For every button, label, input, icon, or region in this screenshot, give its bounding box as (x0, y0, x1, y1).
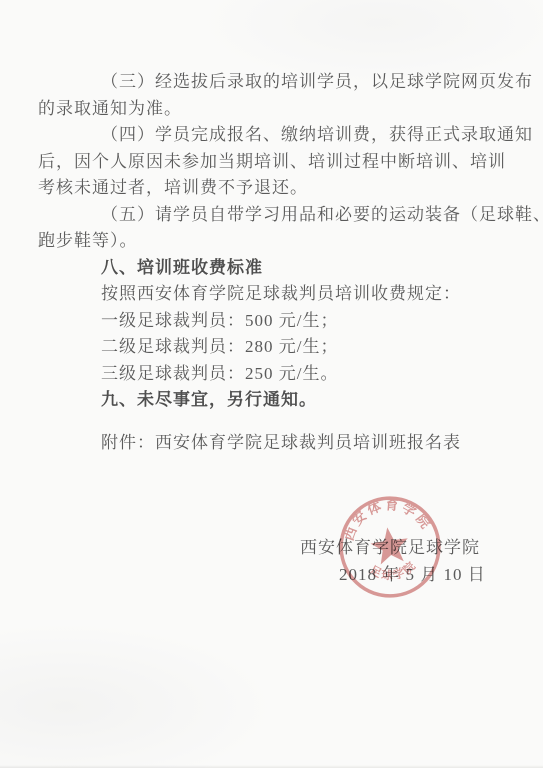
body-line: 考核未通过者，培训费不予退还。 (38, 175, 510, 202)
body-line: 跑步鞋等）。 (38, 228, 510, 255)
body-line: 八、培训班收费标准 (38, 255, 510, 282)
document-body-text: （三）经选拔后录取的培训学员，以足球学院网页发布的录取通知为准。（四）学员完成报… (38, 69, 510, 456)
body-line: 九、未尽事宜，另行通知。 (38, 387, 510, 414)
scanned-document-page: （三）经选拔后录取的培训学员，以足球学院网页发布的录取通知为准。（四）学员完成报… (0, 0, 543, 768)
body-line: 附件：西安体育学院足球裁判员培训班报名表 (38, 430, 510, 457)
body-line: （三）经选拔后录取的培训学员，以足球学院网页发布 (38, 69, 510, 96)
body-line: 的录取通知为准。 (38, 96, 510, 123)
body-line: 一级足球裁判员：500 元/生； (38, 308, 510, 335)
body-line: （四）学员完成报名、缴纳培训费，获得正式录取通知 (38, 122, 510, 149)
signature-date: 2018 年 5 月 10 日 (339, 560, 486, 585)
body-line: 按照西安体育学院足球裁判员培训收费规定： (38, 281, 510, 308)
body-line: 二级足球裁判员：280 元/生； (38, 334, 510, 361)
signature-org-name: 西安体育学院足球学院 (300, 533, 480, 558)
body-line: （五）请学员自带学习用品和必要的运动装备（足球鞋、 (38, 202, 510, 229)
body-line: 后，因个人原因未参加当期培训、培训过程中断培训、培训 (38, 149, 510, 176)
body-line: 三级足球裁判员：250 元/生。 (38, 361, 510, 388)
